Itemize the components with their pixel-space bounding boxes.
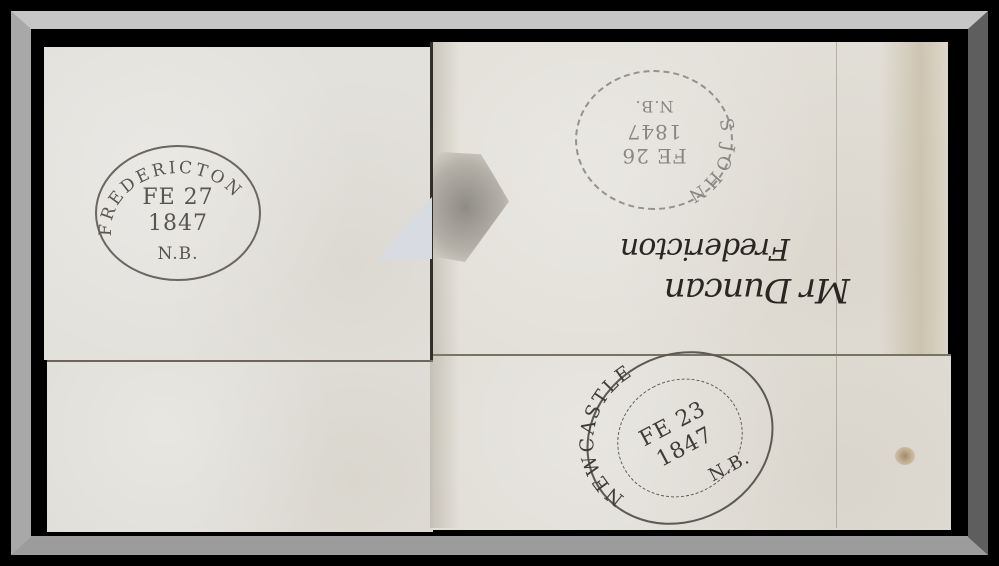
age-stain: [880, 42, 948, 354]
handwritten-address: Mr Duncan Fredericton: [560, 218, 880, 318]
postmark-date: FE 27: [95, 185, 261, 211]
postmark-province: N.B.: [575, 94, 733, 118]
postmark-date: FE 26: [575, 144, 733, 168]
handwriting-line-1: Mr Duncan: [665, 270, 850, 310]
postmark-year: 1847: [95, 211, 261, 237]
postmark-fredericton: FREDERICTON FE 27 1847 N.B.: [95, 145, 261, 281]
postmark-date-block: FE 26 1847 N.B.: [575, 94, 733, 168]
foxing-spot: [895, 447, 915, 465]
postmark-province: N.B.: [95, 241, 261, 267]
postmark-saint-john: S JOHN FE 26 1847 N.B.: [575, 70, 733, 210]
fold-stain: [430, 42, 460, 528]
handwriting-line-2: Fredericton: [621, 231, 790, 266]
postmark-year: 1847: [575, 120, 733, 144]
postmark-date-block: FE 27 1847 N.B.: [95, 185, 261, 267]
letter-panel-left-bottom: [47, 360, 433, 532]
